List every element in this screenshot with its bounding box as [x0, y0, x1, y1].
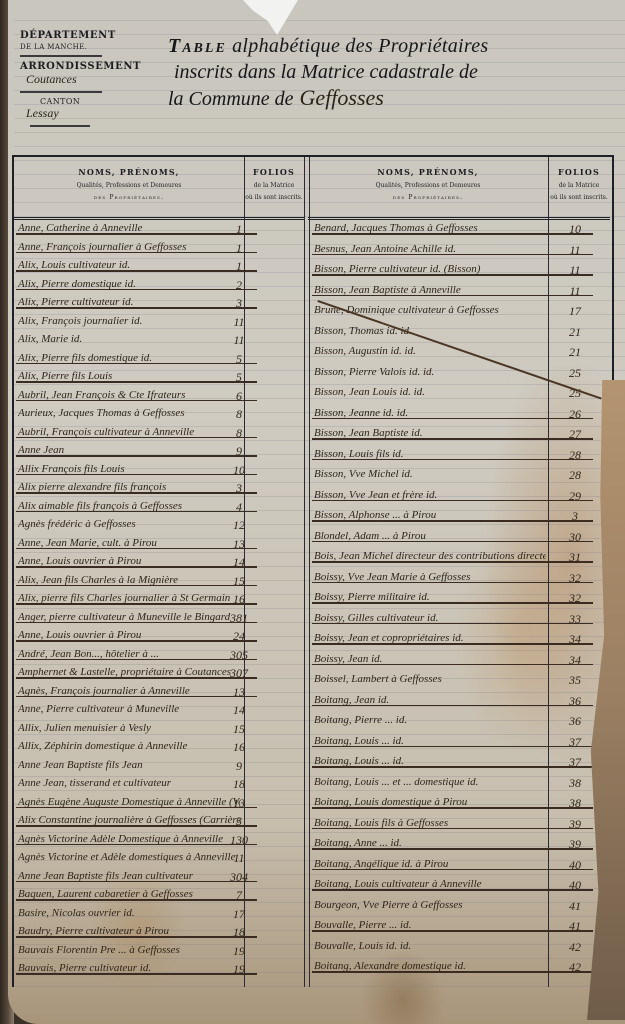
ruled-line: [14, 132, 625, 133]
header-text: où ils sont inscrits.: [244, 194, 304, 201]
page-title: Table alphabétique des Propriétaires ins…: [168, 33, 618, 112]
owner-entry: Agnès frédéric à Geffosses: [18, 518, 240, 530]
folio-number: 17: [219, 907, 259, 922]
strikethrough-line: [16, 474, 257, 476]
strikethrough-line: [16, 455, 257, 457]
strikethrough-line: [312, 848, 593, 850]
strikethrough-line: [16, 807, 257, 809]
title-table-word: Table: [168, 35, 227, 57]
strikethrough-line: [312, 254, 593, 256]
strikethrough-line: [16, 825, 257, 827]
folio-number: 35: [555, 673, 595, 688]
folio-number: 9: [219, 444, 259, 459]
strikethrough-line: [16, 381, 257, 383]
folio-number: 16: [219, 592, 259, 607]
header-text: de la Matrice: [548, 182, 610, 189]
folio-number: 27: [555, 427, 595, 442]
folio-number: 29: [555, 489, 595, 504]
title-line3: la Commune de: [168, 88, 294, 110]
ruled-line: [14, 146, 625, 147]
folio-number: 13: [219, 685, 259, 700]
owner-entry: Allix, Zéphirin domestique à Anneville: [18, 740, 240, 752]
header-text: Qualités, Professions et Demeures: [308, 182, 548, 189]
folio-number: 16: [219, 740, 259, 755]
folio-number: 18: [219, 925, 259, 940]
folio-number: 1: [219, 259, 259, 274]
folio-number: 13: [219, 796, 259, 811]
strikethrough-line: [16, 973, 257, 975]
departement-value: DE LA MANCHE.: [20, 43, 110, 51]
strikethrough-line: [312, 643, 593, 645]
canton-label: CANTON: [40, 97, 110, 106]
folio-number: 304: [219, 870, 259, 885]
arrondissement-label: ARRONDISSEMENT: [20, 61, 110, 72]
divider: [20, 55, 102, 57]
folio-number: 36: [555, 694, 595, 709]
strikethrough-line: [312, 746, 593, 748]
owner-entry: Allix, Julien menuisier à Vesly: [18, 722, 240, 734]
folio-number: 11: [555, 263, 595, 278]
strikethrough-line: [312, 705, 593, 707]
owner-entry: Anne, Pierre cultivateur à Muneville: [18, 703, 240, 715]
owner-entry: Bisson, Augustin id. id.: [314, 345, 546, 357]
departement-label: DÉPARTEMENT: [20, 30, 110, 41]
strikethrough-line: [16, 492, 257, 494]
folio-number: 8: [219, 426, 259, 441]
folio-number: 8: [219, 407, 259, 422]
folio-number: 25: [555, 366, 595, 381]
folio-number: 31: [555, 550, 595, 565]
header-text: de la Matrice: [244, 182, 304, 189]
owner-entry: Aurieux, Jacques Thomas à Geffosses: [18, 407, 240, 419]
strikethrough-line: [16, 603, 257, 605]
folio-number: 41: [555, 899, 595, 914]
strikethrough-line: [312, 889, 593, 891]
folio-number: 3: [219, 296, 259, 311]
folio-number: 18: [219, 777, 259, 792]
strikethrough-line: [16, 363, 257, 365]
folio-number: 39: [555, 837, 595, 852]
strikethrough-line: [312, 438, 593, 440]
strikethrough-line: [312, 500, 593, 502]
proprietaires-table: NOMS, PRÉNOMS, Qualités, Professions et …: [12, 155, 614, 987]
folio-number: 32: [555, 591, 595, 606]
header-text: FOLIOS: [244, 167, 304, 177]
owner-entry: Bisson, Vve Michel id.: [314, 468, 546, 480]
strikethrough-line: [16, 622, 257, 624]
folio-number: 5: [219, 352, 259, 367]
header-folios-right: FOLIOS de la Matrice où ils sont inscrit…: [548, 157, 610, 220]
header-text: des Propriétaires.: [14, 194, 244, 201]
folio-number: 3: [219, 481, 259, 496]
folio-number: 15: [219, 574, 259, 589]
header-text: Qualités, Professions et Demeures: [14, 182, 244, 189]
commune-name: Geffosses: [300, 85, 384, 110]
folio-number: 36: [555, 714, 595, 729]
strikethrough-line: [16, 307, 257, 309]
divider: [20, 91, 102, 93]
header-folios-left: FOLIOS de la Matrice où ils sont inscrit…: [244, 157, 304, 220]
owner-entry: Basire, Nicolas ouvrier id.: [18, 907, 240, 919]
folio-number: 41: [555, 919, 595, 934]
strikethrough-line: [312, 828, 593, 830]
folio-number: 28: [555, 448, 595, 463]
owner-entry: Boitang, Louis ... et ... domestique id.: [314, 776, 546, 788]
strikethrough-line: [16, 233, 257, 235]
owner-entry: Bouvalle, Louis id. id.: [314, 940, 546, 952]
folio-number: 21: [555, 345, 595, 360]
header-text: des Propriétaires.: [308, 194, 548, 201]
folio-number: 2: [219, 278, 259, 293]
strikethrough-line: [16, 566, 257, 568]
folio-number: 6: [219, 389, 259, 404]
folio-number: 1: [219, 222, 259, 237]
strikethrough-line: [16, 400, 257, 402]
folio-number: 40: [555, 878, 595, 893]
strikethrough-line: [312, 807, 593, 809]
folio-number: 4: [219, 500, 259, 515]
canton-value: Lessay: [26, 106, 110, 121]
folio-number: 11: [555, 243, 595, 258]
folio-number: 37: [555, 755, 595, 770]
strikethrough-line: [16, 936, 257, 938]
strikethrough-line: [16, 696, 257, 698]
strikethrough-line: [312, 520, 593, 522]
folio-number: 42: [555, 960, 595, 975]
folio-number: 3: [219, 814, 259, 829]
strikethrough-line: [16, 548, 257, 550]
folio-number: 307: [219, 666, 259, 681]
owner-entry: Bourgeon, Vve Pierre à Geffosses: [314, 899, 546, 911]
folio-number: 21: [555, 325, 595, 340]
strikethrough-line: [312, 664, 593, 666]
strikethrough-line: [312, 971, 593, 973]
folio-number: 15: [219, 722, 259, 737]
folio-number: 33: [555, 612, 595, 627]
folio-number: 11: [219, 333, 259, 348]
strikethrough-line: [312, 930, 593, 932]
owner-entry: Anne Jean, tisserand et cultivateur: [18, 777, 240, 789]
folio-number: 11: [219, 851, 259, 866]
owner-entry: Anne Jean Baptiste fils Jean: [18, 759, 240, 771]
header-text: NOMS, PRÉNOMS,: [308, 167, 548, 177]
folio-number: 10: [219, 463, 259, 478]
strikethrough-line: [312, 623, 593, 625]
folio-number: 10: [555, 222, 595, 237]
strikethrough-line: [312, 295, 593, 297]
folio-number: 7: [219, 888, 259, 903]
folio-number: 24: [219, 629, 259, 644]
strikethrough-line: [16, 511, 257, 513]
folio-number: 19: [219, 944, 259, 959]
folio-number: 305: [219, 648, 259, 663]
folio-number: 39: [555, 817, 595, 832]
folio-number: 13: [219, 537, 259, 552]
owner-entry: Boitang, Pierre ... id.: [314, 714, 546, 726]
folio-number: 30: [555, 530, 595, 545]
folio-number: 34: [555, 632, 595, 647]
strikethrough-line: [16, 881, 257, 883]
strikethrough-line: [16, 844, 257, 846]
strikethrough-line: [312, 582, 593, 584]
folio-number: 1: [219, 241, 259, 256]
folio-number: 11: [555, 284, 595, 299]
strikethrough-line: [16, 270, 257, 272]
strikethrough-line: [16, 899, 257, 901]
owner-entry: Bisson, Jean Louis id. id.: [314, 386, 546, 398]
folio-number: 17: [555, 304, 595, 319]
divider: [30, 125, 90, 127]
folio-number: 26: [555, 407, 595, 422]
folio-number: 38: [555, 796, 595, 811]
strikethrough-line: [312, 541, 593, 543]
folio-number: 28: [555, 468, 595, 483]
arrondissement-value: Coutances: [26, 72, 110, 87]
strikethrough-line: [16, 659, 257, 661]
folio-number: 14: [219, 703, 259, 718]
folio-number: 5: [219, 370, 259, 385]
header-text: NOMS, PRÉNOMS,: [14, 167, 244, 177]
strikethrough-line: [312, 766, 593, 768]
strikethrough-line: [312, 233, 593, 235]
folio-number: 19: [219, 962, 259, 977]
folio-number: 37: [555, 735, 595, 750]
title-line1: alphabétique des Propriétaires: [232, 35, 488, 57]
header-text: où ils sont inscrits.: [548, 194, 610, 201]
ruled-line: [14, 20, 625, 21]
strikethrough-line: [312, 418, 593, 420]
owner-entry: Agnès Victorine et Adèle domestiques à A…: [18, 851, 240, 863]
owner-entry: Alix, Marie id.: [18, 333, 240, 345]
folio-number: 38: [555, 776, 595, 791]
owner-entry: Alix, François journalier id.: [18, 315, 240, 327]
location-header: DÉPARTEMENT DE LA MANCHE. ARRONDISSEMENT…: [20, 30, 110, 131]
table-row: Bauvais, Pierre cultivateur id.19: [14, 960, 304, 985]
folio-number: 32: [555, 571, 595, 586]
strikethrough-line: [16, 640, 257, 642]
strikethrough-line: [16, 677, 257, 679]
strikethrough-line: [312, 459, 593, 461]
strikethrough-line: [16, 252, 257, 254]
folio-number: 11: [219, 315, 259, 330]
strikethrough-line: [312, 869, 593, 871]
strikethrough-line: [16, 437, 257, 439]
owner-entry: Boissel, Lambert à Geffosses: [314, 673, 546, 685]
header-text: FOLIOS: [548, 167, 610, 177]
header-names-right: NOMS, PRÉNOMS, Qualités, Professions et …: [308, 157, 548, 220]
folio-number: 9: [219, 759, 259, 774]
folio-number: 42: [555, 940, 595, 955]
table-row: Boitang, Alexandre domestique id.42: [310, 958, 610, 983]
owner-entry: Bauvais Florentin Pre ... à Geffosses: [18, 944, 240, 956]
strikethrough-line: [16, 585, 257, 587]
owner-entry: Bisson, Thomas id. id.: [314, 325, 546, 337]
folio-number: 40: [555, 858, 595, 873]
header-names-left: NOMS, PRÉNOMS, Qualités, Professions et …: [14, 157, 244, 220]
strikethrough-line: [312, 561, 593, 563]
folio-number: 14: [219, 555, 259, 570]
title-line2: inscrits dans la Matrice cadastrale de: [174, 59, 618, 85]
folio-number: 381: [219, 611, 259, 626]
folio-number: 12: [219, 518, 259, 533]
strikethrough-line: [312, 602, 593, 604]
folio-number: 34: [555, 653, 595, 668]
folio-number: 3: [555, 509, 595, 524]
strikethrough-line: [312, 274, 593, 276]
folio-number: 130: [219, 833, 259, 848]
strikethrough-line: [16, 289, 257, 291]
